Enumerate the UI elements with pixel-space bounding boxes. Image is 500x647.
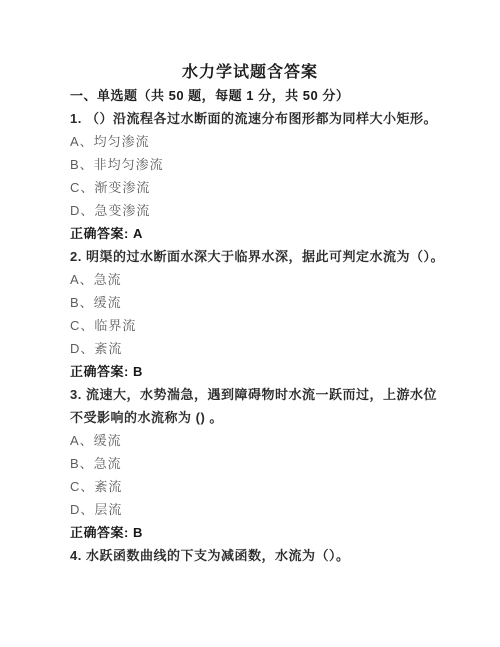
option-item: B、急流 [70, 452, 450, 475]
option-item: D、急变渗流 [70, 199, 450, 222]
exam-document-page: 水力学试题含答案 一、单选题（共 50 题，每题 1 分，共 50 分） 1. … [0, 0, 500, 647]
option-item: B、缓流 [70, 291, 450, 314]
option-item: C、渐变渗流 [70, 176, 450, 199]
option-item: A、均匀渗流 [70, 130, 450, 153]
option-item: C、紊流 [70, 475, 450, 498]
question-block: 3. 流速大，水势湍急，遇到障碍物时水流一跃而过，上游水位不受影响的水流称为 (… [70, 383, 450, 544]
answer-line: 正确答案: A [70, 222, 450, 245]
option-item: B、非均匀渗流 [70, 153, 450, 176]
question-stem: 2. 明渠的过水断面水深大于临界水深，据此可判定水流为（）。 [70, 245, 450, 268]
question-stem: 4. 水跃函数曲线的下支为减函数，水流为（）。 [70, 544, 450, 567]
page-title: 水力学试题含答案 [0, 62, 500, 84]
option-item: D、紊流 [70, 337, 450, 360]
question-block: 2. 明渠的过水断面水深大于临界水深，据此可判定水流为（）。 A、急流 B、缓流… [70, 245, 450, 383]
option-item: D、层流 [70, 498, 450, 521]
answer-line: 正确答案: B [70, 360, 450, 383]
question-block: 1. （）沿流程各过水断面的流速分布图形都为同样大小矩形。 A、均匀渗流 B、非… [70, 107, 450, 245]
option-item: C、临界流 [70, 314, 450, 337]
question-stem: 3. 流速大，水势湍急，遇到障碍物时水流一跃而过，上游水位不受影响的水流称为 (… [70, 383, 450, 429]
answer-line: 正确答案: B [70, 521, 450, 544]
section-heading: 一、单选题（共 50 题，每题 1 分，共 50 分） [70, 84, 450, 107]
option-item: A、急流 [70, 268, 450, 291]
question-stem: 1. （）沿流程各过水断面的流速分布图形都为同样大小矩形。 [70, 107, 450, 130]
question-block: 4. 水跃函数曲线的下支为减函数，水流为（）。 [70, 544, 450, 567]
document-body: 一、单选题（共 50 题，每题 1 分，共 50 分） 1. （）沿流程各过水断… [0, 84, 500, 567]
option-item: A、缓流 [70, 429, 450, 452]
